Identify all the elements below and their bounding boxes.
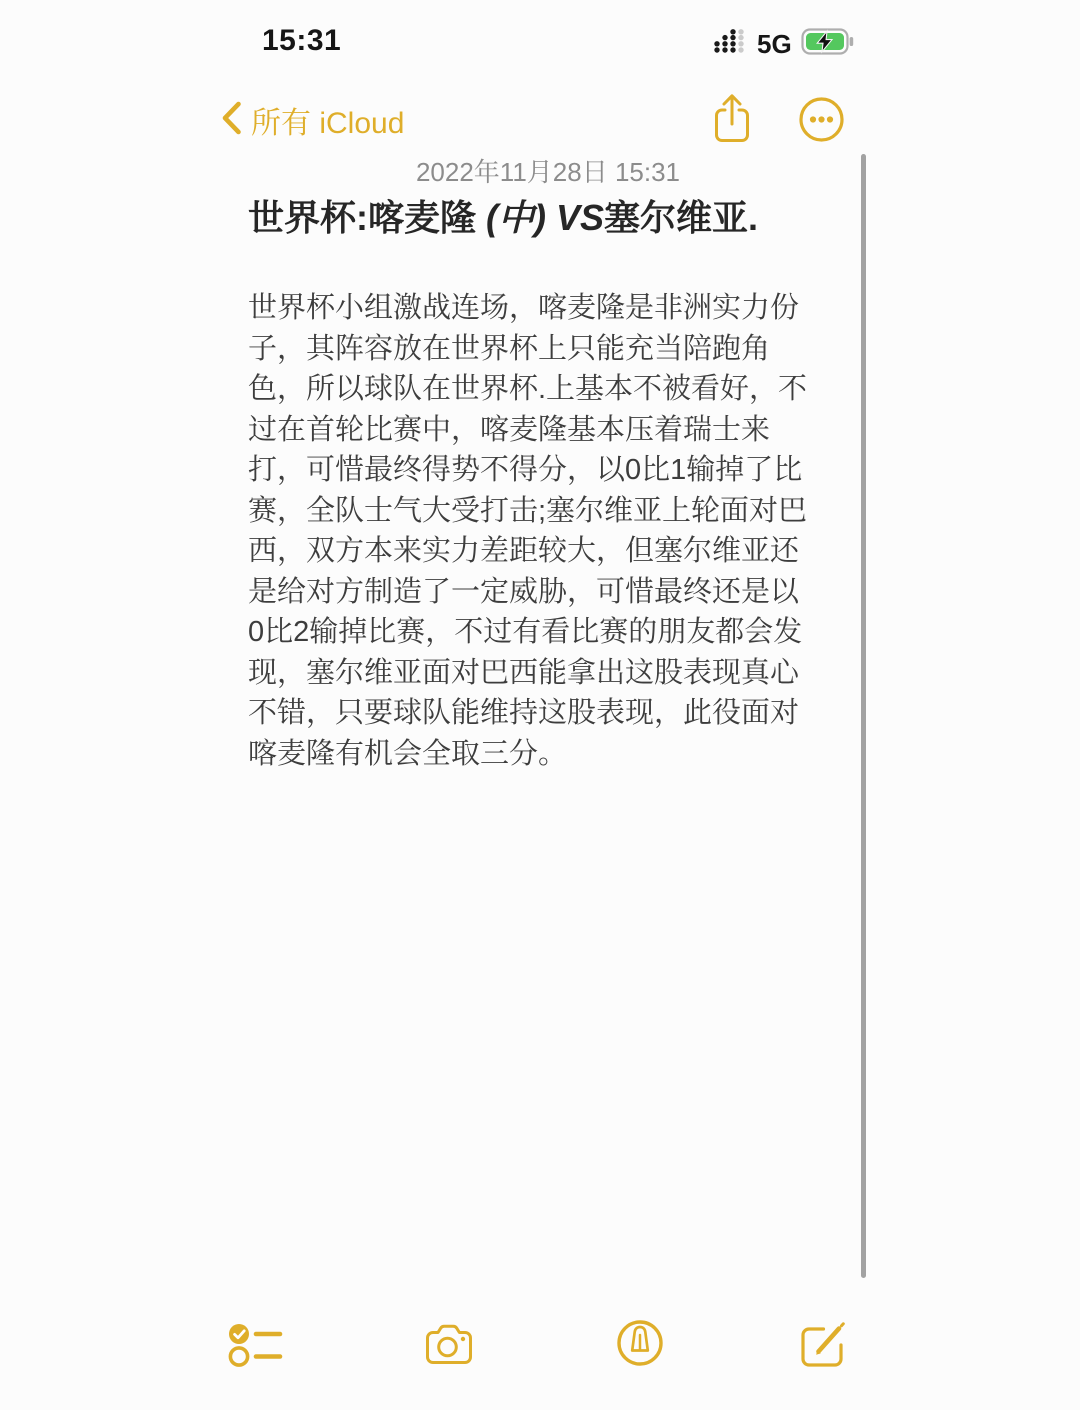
network-type-label: 5G [757, 29, 792, 60]
cellular-signal-icon [712, 29, 748, 59]
body-line: 喀麦隆有机会全取三分。 [248, 734, 868, 775]
notes-app-screen: 15:31 5G [0, 0, 1080, 1410]
body-line: 过在首轮比赛中，喀麦隆基本压着瑞士来 [248, 410, 868, 451]
compose-icon [797, 1318, 847, 1370]
status-time: 15:31 [262, 24, 341, 58]
checklist-icon [228, 1322, 286, 1368]
note-title-suffix: 塞尔维亚. [604, 197, 758, 238]
note-title-italic: (中) VS [486, 197, 604, 238]
more-options-button[interactable] [798, 96, 845, 148]
chevron-left-icon [220, 100, 242, 141]
body-line: 西，双方本来实力差距较大，但塞尔维亚还 [248, 531, 868, 572]
body-line: 是给对方制造了一定威胁，可惜最终还是以 [248, 572, 868, 613]
body-line: 世界杯小组激战连场，喀麦隆是非洲实力份 [248, 288, 868, 329]
note-title[interactable]: 世界杯:喀麦隆 (中) VS塞尔维亚. [248, 190, 888, 241]
body-line: 0比2输掉比赛，不过有看比赛的朋友都会发 [248, 612, 868, 653]
checklist-button[interactable] [228, 1322, 286, 1373]
note-title-prefix: 世界杯:喀麦隆 [248, 197, 486, 238]
body-line: 色，所以球队在世界杯.上基本不被看好，不 [248, 369, 868, 410]
share-icon [711, 92, 753, 144]
ellipsis-circle-icon [798, 96, 845, 143]
share-button[interactable] [711, 92, 753, 149]
camera-button[interactable] [423, 1323, 475, 1372]
markup-pen-icon [616, 1319, 664, 1367]
camera-icon [423, 1323, 475, 1367]
note-date-line: 2022年11月28日 15:31 [248, 152, 848, 189]
back-button-label: 所有 iCloud [251, 98, 404, 142]
status-icons: 5G [712, 28, 855, 60]
body-line: 不错，只要球队能维持这股表现，此役面对 [248, 693, 868, 734]
body-line: 赛，全队士气大受打击;塞尔维亚上轮面对巴 [248, 491, 868, 532]
scrollbar[interactable] [861, 154, 866, 1278]
body-line: 打，可惜最终得势不得分，以0比1输掉了比 [248, 450, 868, 491]
body-line: 子，其阵容放在世界杯上只能充当陪跑角 [248, 329, 868, 370]
battery-charging-icon [801, 28, 855, 60]
compose-button[interactable] [797, 1318, 847, 1375]
note-body-text[interactable]: 世界杯小组激战连场，喀麦隆是非洲实力份子，其阵容放在世界杯上只能充当陪跑角色，所… [248, 288, 868, 774]
body-line: 现，塞尔维亚面对巴西能拿出这股表现真心 [248, 653, 868, 694]
back-button[interactable]: 所有 iCloud [220, 98, 404, 142]
markup-button[interactable] [616, 1319, 664, 1372]
